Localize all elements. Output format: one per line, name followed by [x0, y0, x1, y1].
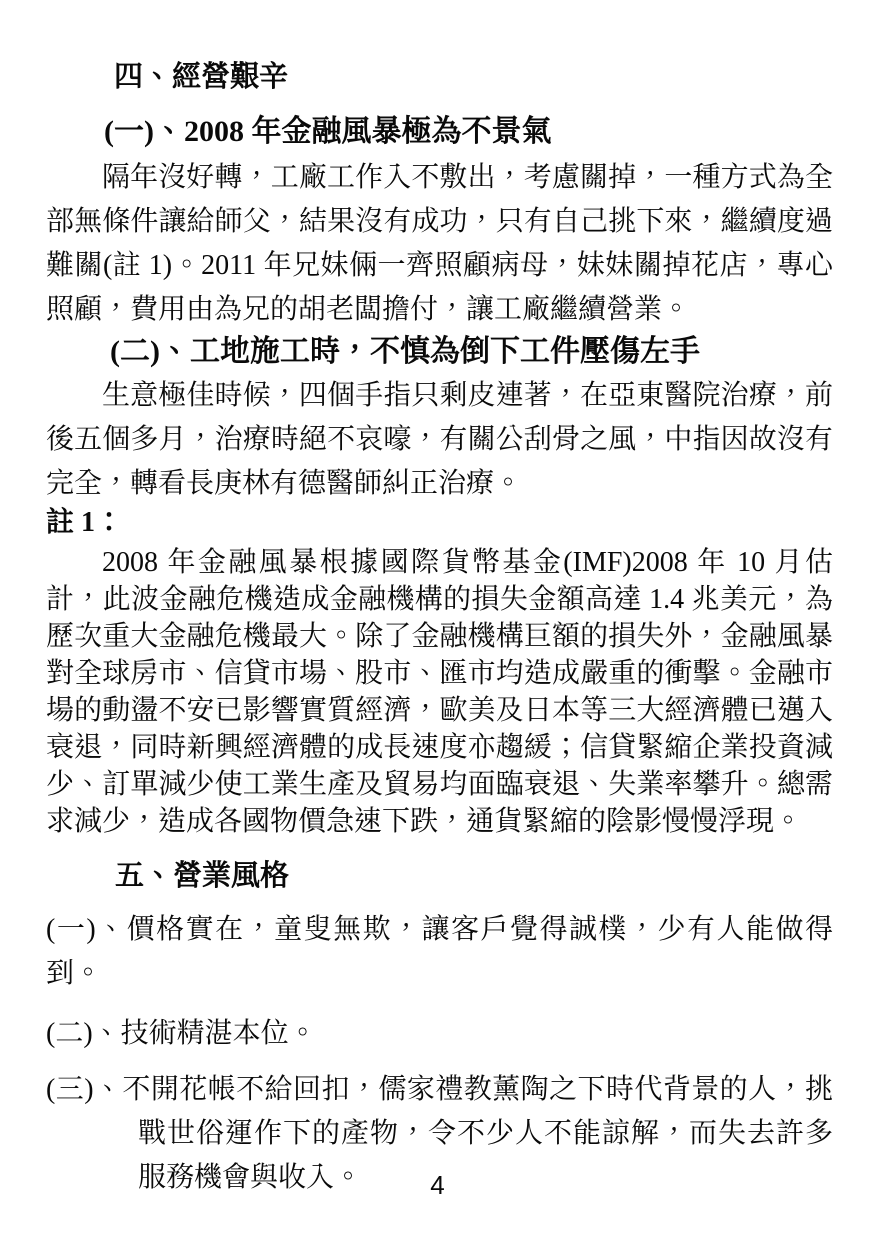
list-item-1: (一)、價格實在，童叟無欺，讓客戶覺得誠樸，少有人能做得到。 — [46, 908, 833, 996]
footnote-paragraph: 2008 年金融風暴根據國際貨幣基金(IMF)2008 年 10 月估計，此波金… — [46, 544, 833, 840]
footnote-label: 註 1： — [46, 506, 833, 540]
page-number: 4 — [0, 1170, 875, 1200]
paragraph-4-1: 隔年沒好轉，工廠工作入不敷出，考慮關掉，一種方式為全部無條件讓給師父，結果沒有成… — [46, 156, 833, 332]
section-heading-4: 四、經營艱辛 — [114, 60, 833, 94]
subsection-heading-4-1: (一)、2008 年金融風暴極為不景氣 — [104, 112, 833, 152]
list-item-2: (二)、技術精湛本位。 — [46, 1012, 833, 1056]
document-page: 四、經營艱辛 (一)、2008 年金融風暴極為不景氣 隔年沒好轉，工廠工作入不敷… — [0, 0, 875, 1240]
paragraph-4-2: 生意極佳時候，四個手指只剩皮連著，在亞東醫院治療，前後五個多月，治療時絕不哀嚎，… — [46, 374, 833, 506]
page-content: 四、經營艱辛 (一)、2008 年金融風暴極為不景氣 隔年沒好轉，工廠工作入不敷… — [0, 0, 875, 1200]
subsection-heading-4-2: (二)、工地施工時，不慎為倒下工件壓傷左手 — [110, 332, 833, 372]
section-heading-5: 五、營業風格 — [115, 856, 833, 896]
